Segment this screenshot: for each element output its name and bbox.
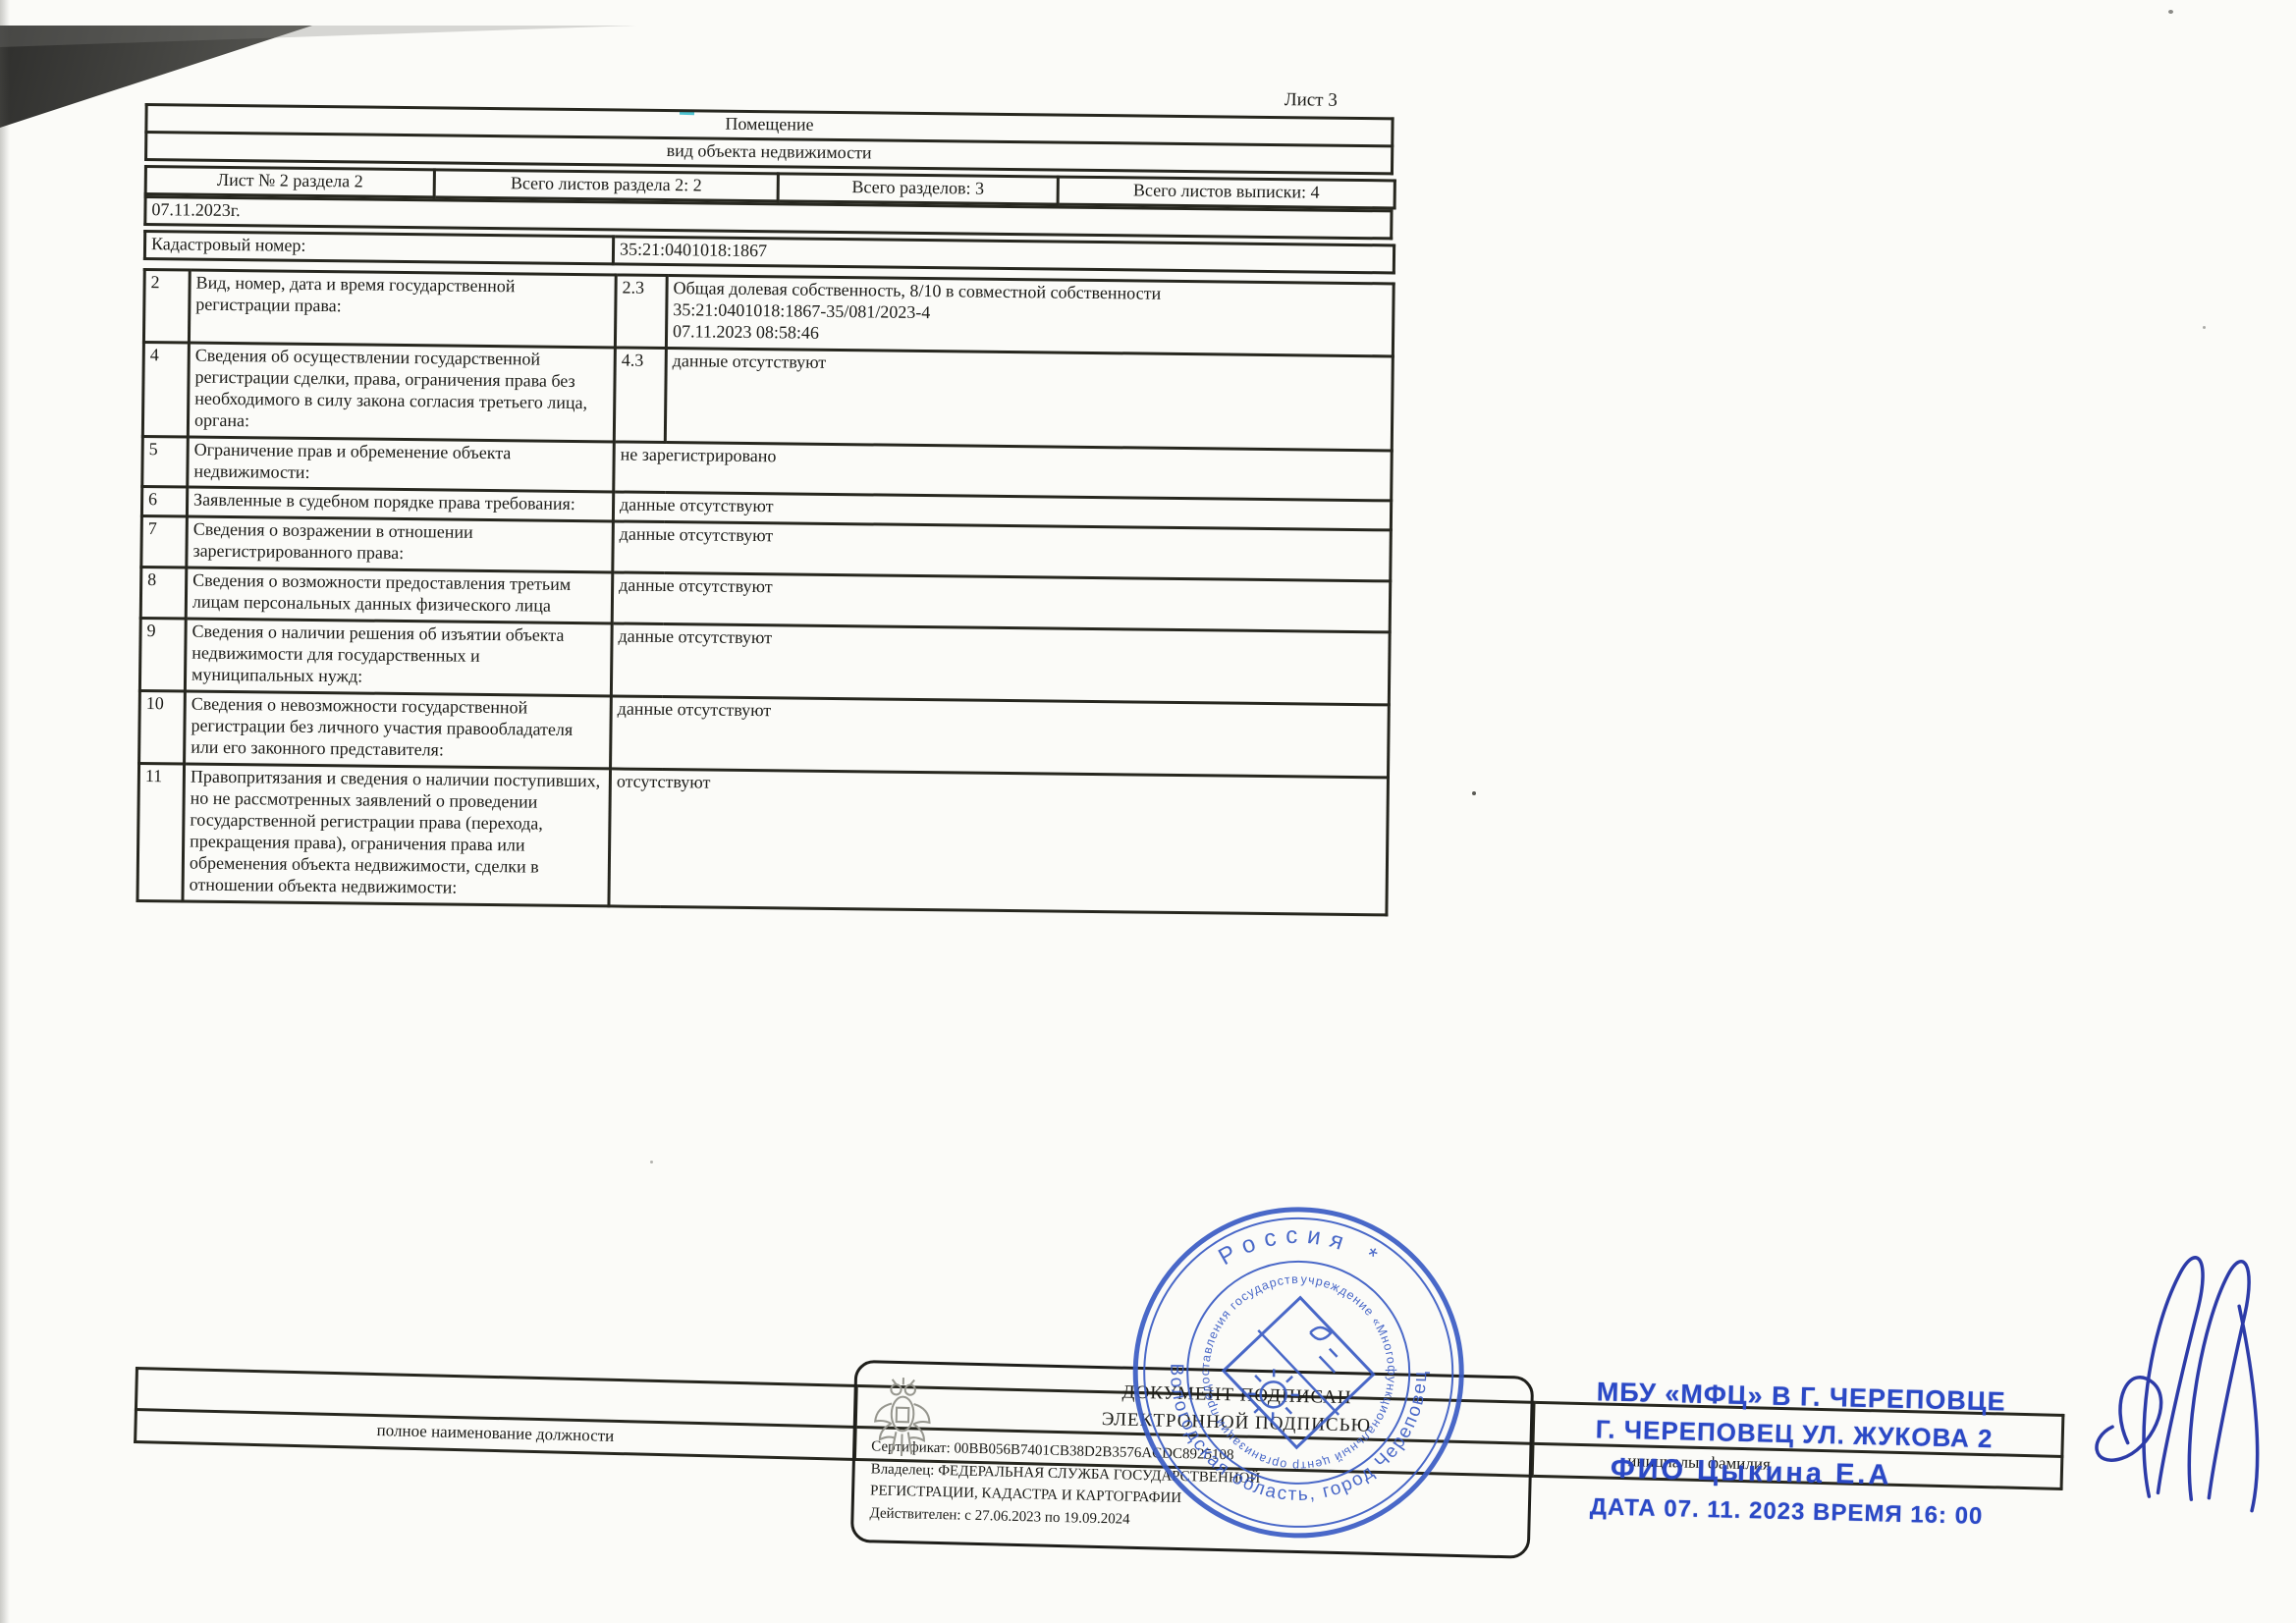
row-number: 8 — [140, 568, 187, 619]
row-number: 9 — [139, 619, 186, 691]
row-code: 4.3 — [614, 348, 666, 442]
row-number: 2 — [143, 269, 190, 342]
scan-edge-shadow — [0, 0, 10, 1623]
mfc-stamp-line1: МБУ «МФЦ» В Г. ЧЕРЕПОВЦЕ — [1596, 1377, 2006, 1417]
sheet-info-cell: Всего листов раздела 2: 2 — [434, 170, 778, 201]
row-label: Ограничение прав и обременение объекта н… — [188, 437, 615, 493]
sheet-info-cell: Лист № 2 раздела 2 — [145, 167, 434, 197]
row-value: данные отсутствуют — [611, 623, 1390, 705]
scan-speck — [1472, 791, 1476, 795]
cadastral-label: Кадастровый номер: — [144, 231, 613, 263]
svg-text:Россия *: Россия * — [1214, 1220, 1391, 1275]
row-number: 10 — [139, 691, 186, 764]
sheet-info-cell: Всего разделов: 3 — [778, 174, 1058, 204]
row-number: 7 — [141, 516, 188, 568]
row-label: Сведения о невозможности государственной… — [185, 691, 612, 769]
registration-table: 2 Вид, номер, дата и время государственн… — [136, 268, 1394, 916]
row-number: 6 — [141, 487, 187, 516]
row-value: отсутствуют — [609, 769, 1389, 915]
row-label: Сведения о возможности предоставления тр… — [186, 568, 613, 623]
mfc-stamp-line4: ДАТА 07. 11. 2023 ВРЕМЯ 16: 00 — [1590, 1493, 2003, 1531]
document-page: Лист 3 Помещение вид объекта недвижимост… — [136, 77, 1394, 916]
row-number: 11 — [137, 763, 185, 900]
row-label: Вид, номер, дата и время государственной… — [189, 270, 616, 348]
table-row: 4 Сведения об осуществлении государствен… — [142, 342, 1393, 450]
round-mfc-seal: Россия * Вологодская область, город Чере… — [1122, 1197, 1474, 1548]
scan-speck — [2168, 10, 2173, 14]
object-type-header: Помещение вид объекта недвижимости — [144, 103, 1394, 175]
row-value: не зарегистрировано — [614, 442, 1393, 502]
row-label: Правопритязания и сведения о наличии пос… — [183, 764, 611, 906]
mfc-stamp-line2: Г. ЧЕРЕПОВЕЦ УЛ. ЖУКОВА 2 — [1596, 1414, 2006, 1454]
signature-block: полное наименование должности инициалы, … — [134, 1367, 2061, 1490]
mfc-ink-stamp: МБУ «МФЦ» В Г. ЧЕРЕПОВЦЕ Г. ЧЕРЕПОВЕЦ УЛ… — [1594, 1377, 2006, 1531]
cadastral-number: 35:21:0401018:1867 — [613, 237, 1394, 273]
row-label: Заявленные в судебном порядке права треб… — [187, 487, 613, 521]
seal-outer-top-text: Россия * — [1214, 1220, 1391, 1275]
row-value: данные отсутствуют — [613, 521, 1392, 581]
handwritten-signature-scribble — [2065, 1237, 2296, 1533]
row-code: 2.3 — [615, 275, 667, 348]
coat-of-arms-eagle-icon — [871, 1375, 934, 1465]
scan-speck — [2203, 326, 2206, 329]
row-label: Сведения о возражении в отношении зареги… — [187, 516, 614, 572]
row-value: Общая долевая собственность, 8/10 в совм… — [666, 275, 1394, 355]
mfc-stamp-line3: ФИО Цыкина Е.А — [1610, 1453, 2004, 1495]
seal-center-emblem — [1222, 1296, 1375, 1449]
row-value: данные отсутствуют — [665, 348, 1393, 450]
row-value: данные отсутствуют — [611, 696, 1390, 778]
row-number: 5 — [142, 436, 189, 487]
row-label: Сведения об осуществлении государственно… — [188, 343, 615, 442]
row-number: 4 — [142, 342, 189, 436]
scan-speck — [650, 1161, 653, 1163]
sheet-info-cell: Всего листов выписки: 4 — [1058, 177, 1394, 208]
table-row: 11 Правопритязания и сведения о наличии … — [137, 763, 1389, 914]
row-value: данные отсутствуют — [612, 572, 1391, 632]
row-label: Сведения о наличии решения об изъятии об… — [185, 619, 612, 696]
